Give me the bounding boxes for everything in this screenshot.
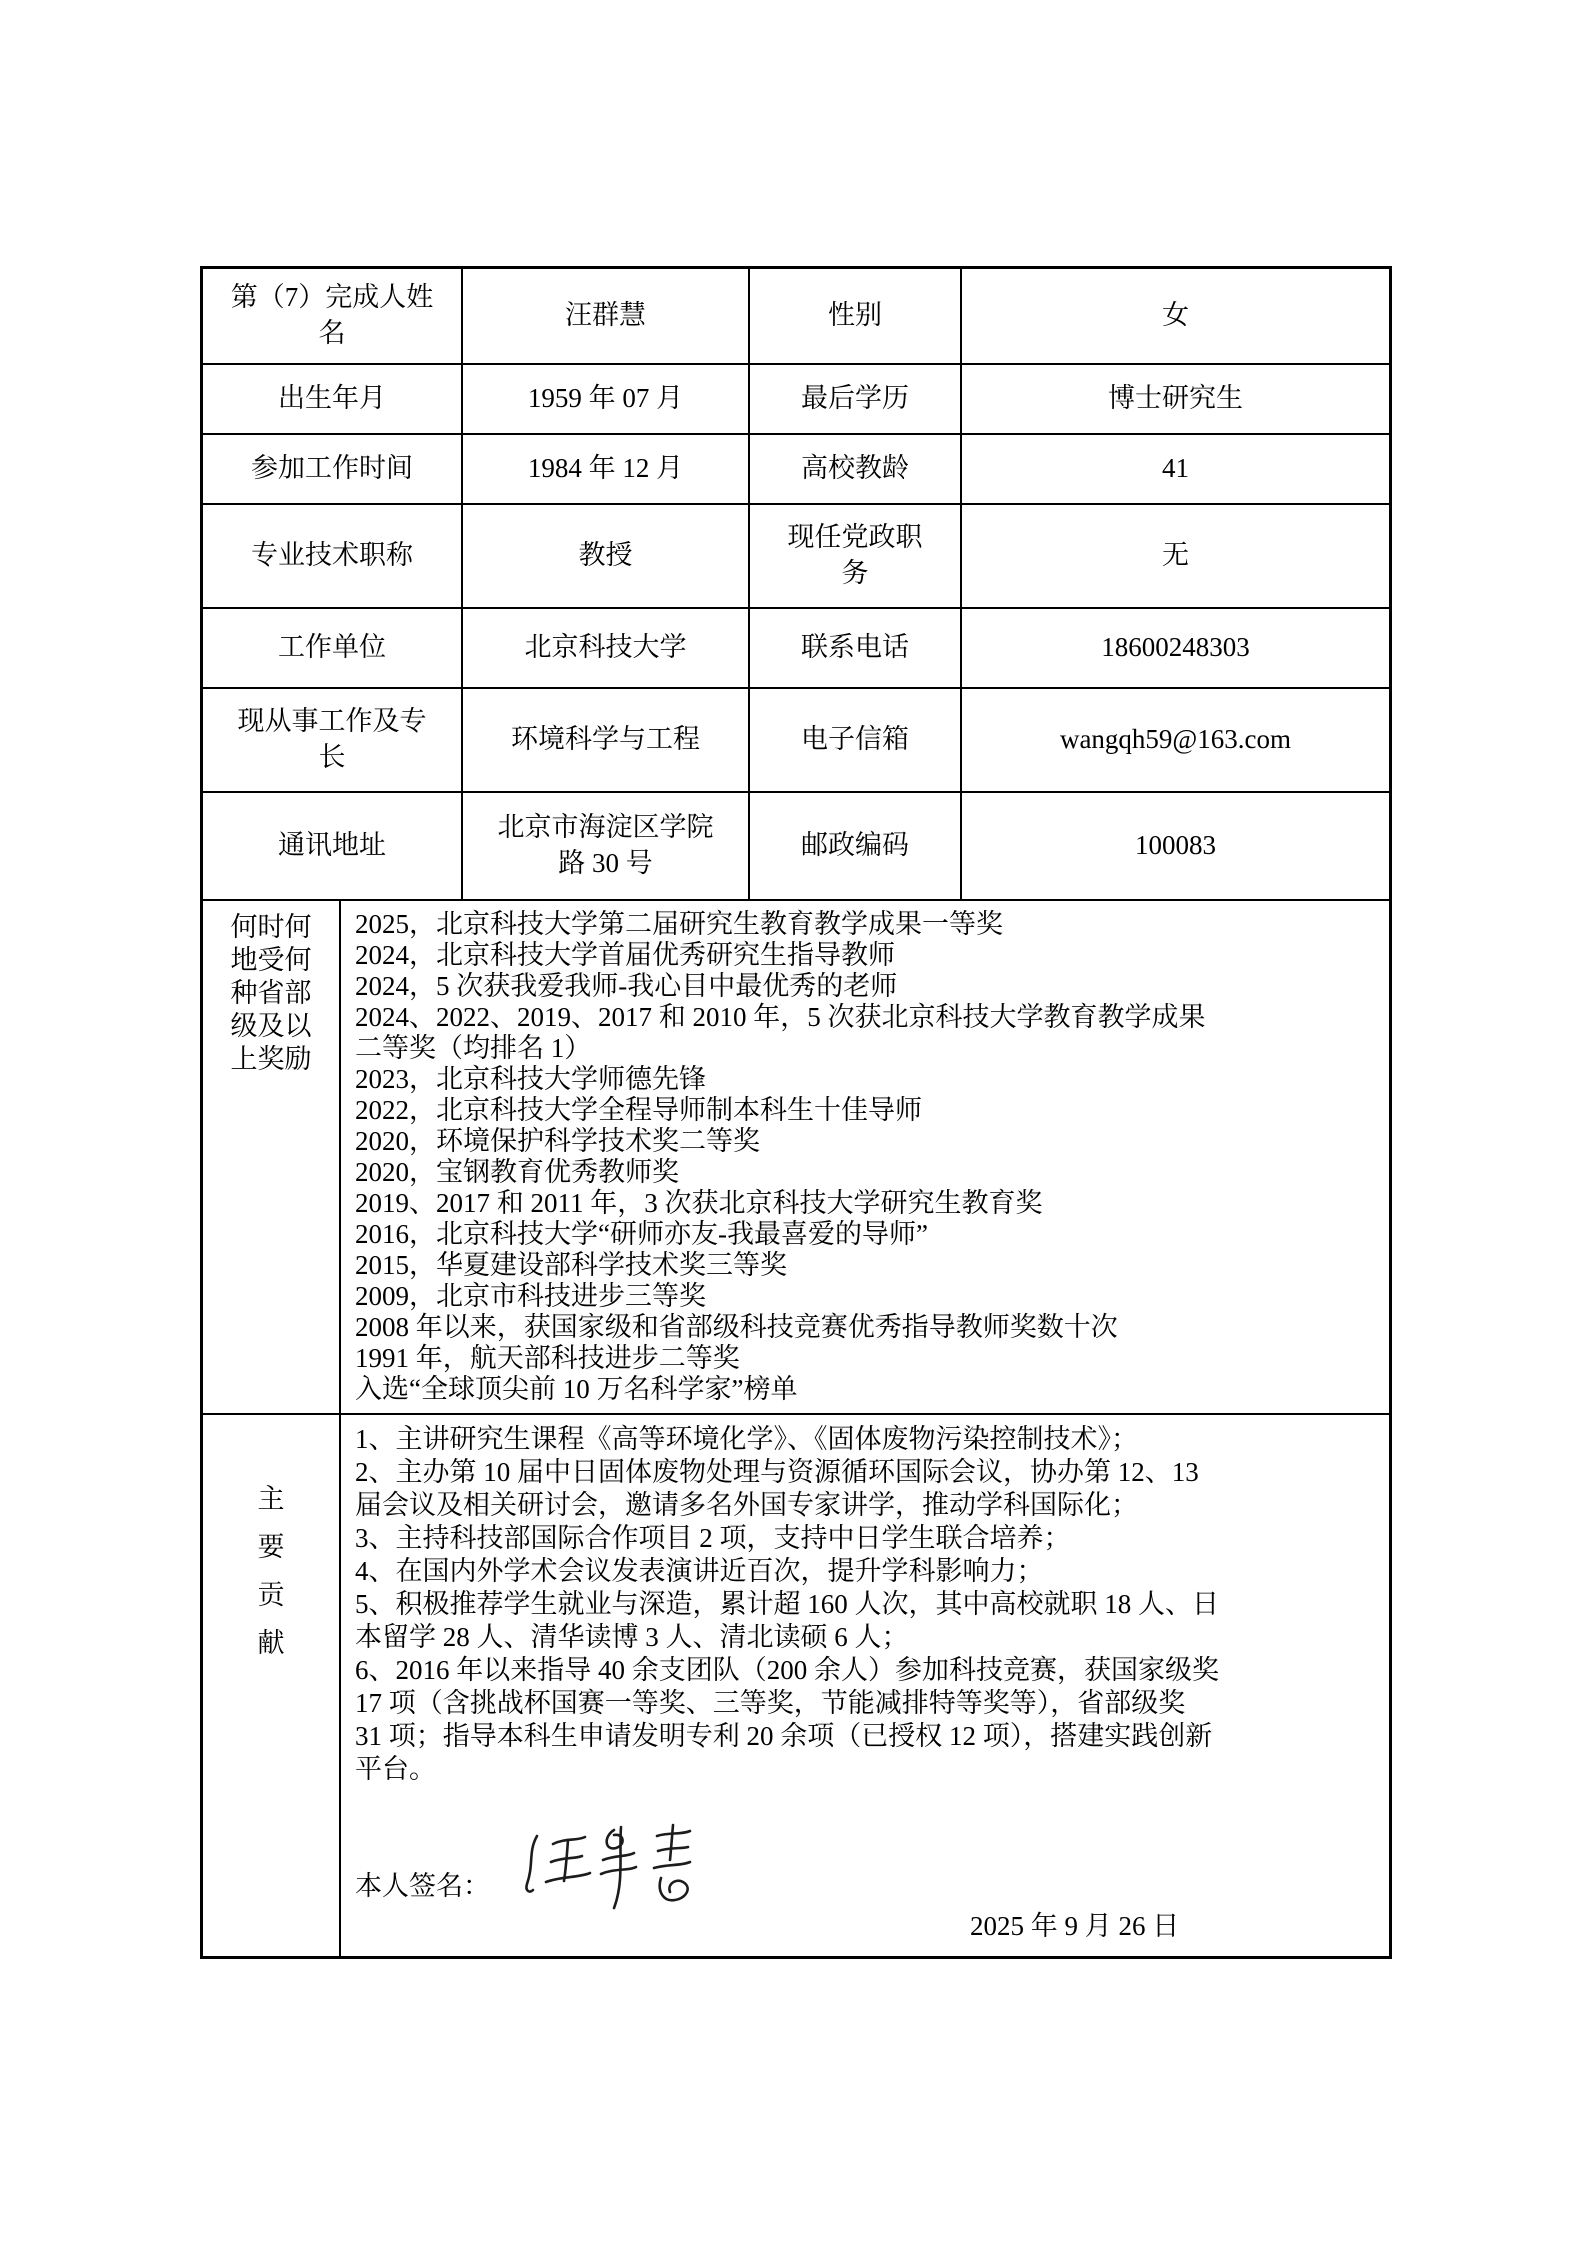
field-label: 专业技术职称	[203, 505, 463, 609]
field-value: 环境科学与工程	[463, 689, 750, 793]
field-value: 无	[962, 505, 1389, 609]
contribution-line: 5、积极推荐学生就业与深造，累计超 160 人次，其中高校就职 18 人、日	[355, 1588, 1377, 1621]
contribution-line: 本留学 28 人、清华读博 3 人、清北读硕 6 人；	[355, 1621, 1377, 1654]
field-value: 博士研究生	[962, 365, 1389, 435]
field-label: 现从事工作及专 长	[203, 689, 463, 793]
award-line: 2019、2017 和 2011 年，3 次获北京科技大学研究生教育奖	[355, 1188, 1377, 1219]
signature-label: 本人签名：	[355, 1866, 490, 1906]
field-label: 现任党政职 务	[750, 505, 962, 609]
field-value: 汪群慧	[463, 269, 750, 365]
award-line: 2020，环境保护科学技术奖二等奖	[355, 1126, 1377, 1157]
field-label: 工作单位	[203, 609, 463, 689]
contribution-line: 1、主讲研究生课程《高等环境化学》、《固体废物污染控制技术》；	[355, 1423, 1377, 1456]
signature-line: 本人签名：	[355, 1856, 1377, 1906]
field-label: 联系电话	[750, 609, 962, 689]
field-value: 1959 年 07 月	[463, 365, 750, 435]
contribution-line: 平台。	[355, 1753, 1377, 1786]
awards-list: 2025，北京科技大学第二届研究生教育教学成果一等奖 2024，北京科技大学首届…	[341, 901, 1389, 1415]
award-line: 2024，北京科技大学首届优秀研究生指导教师	[355, 940, 1377, 971]
signature-date: 2025 年 9 月 26 日	[970, 1906, 1377, 1950]
scanned-form-page: { "info_table": { "rows": [ {"label": "第…	[0, 0, 1587, 2245]
contribution-line: 2、主办第 10 届中日固体废物处理与资源循环国际会议，协办第 12、13	[355, 1456, 1377, 1489]
handwritten-signature-image	[515, 1810, 745, 1920]
award-line: 2016，北京科技大学“研师亦友-我最喜爱的导师”	[355, 1219, 1377, 1250]
field-label: 出生年月	[203, 365, 463, 435]
award-line: 2022，北京科技大学全程导师制本科生十佳导师	[355, 1095, 1377, 1126]
contribution-line: 届会议及相关研讨会，邀请多名外国专家讲学，推动学科国际化；	[355, 1489, 1377, 1522]
completer-info-table: 第（7）完成人姓 名 汪群慧 性别 女 出生年月 1959 年 07 月 最后学…	[200, 266, 1392, 1959]
award-line: 2015，华夏建设部科学技术奖三等奖	[355, 1250, 1377, 1281]
field-label: 高校教龄	[750, 435, 962, 505]
field-value: 100083	[962, 793, 1389, 901]
field-label: 性别	[750, 269, 962, 365]
field-value: wangqh59@163.com	[962, 689, 1389, 793]
award-line: 入选“全球顶尖前 10 万名科学家”榜单	[355, 1374, 1377, 1405]
awards-label: 何时何 地受何 种省部 级及以 上奖励	[203, 901, 341, 1415]
contribution-line: 4、在国内外学术会议发表演讲近百次，提升学科影响力；	[355, 1555, 1377, 1588]
awards-section: 何时何 地受何 种省部 级及以 上奖励 2025，北京科技大学第二届研究生教育教…	[203, 901, 1389, 1415]
field-value: 18600248303	[962, 609, 1389, 689]
field-label: 最后学历	[750, 365, 962, 435]
contribution-line: 31 项；指导本科生申请发明专利 20 余项（已授权 12 项），搭建实践创新	[355, 1720, 1377, 1753]
award-line: 二等奖（均排名 1）	[355, 1033, 1377, 1064]
award-line: 2020，宝钢教育优秀教师奖	[355, 1157, 1377, 1188]
award-line: 2008 年以来，获国家级和省部级科技竞赛优秀指导教师奖数十次	[355, 1312, 1377, 1343]
field-value: 北京科技大学	[463, 609, 750, 689]
contribution-line: 6、2016 年以来指导 40 余支团队（200 余人）参加科技竞赛，获国家级奖	[355, 1654, 1377, 1687]
award-line: 2024、2022、2019、2017 和 2010 年，5 次获北京科技大学教…	[355, 1002, 1377, 1033]
field-label: 参加工作时间	[203, 435, 463, 505]
field-value: 41	[962, 435, 1389, 505]
contribution-line: 17 项（含挑战杯国赛一等奖、三等奖，节能减排特等奖等），省部级奖	[355, 1687, 1377, 1720]
basic-info-grid: 第（7）完成人姓 名 汪群慧 性别 女 出生年月 1959 年 07 月 最后学…	[203, 269, 1389, 901]
field-label: 第（7）完成人姓 名	[203, 269, 463, 365]
award-line: 2025，北京科技大学第二届研究生教育教学成果一等奖	[355, 909, 1377, 940]
award-line: 2023，北京科技大学师德先锋	[355, 1064, 1377, 1095]
field-value: 1984 年 12 月	[463, 435, 750, 505]
contribution-line: 3、主持科技部国际合作项目 2 项，支持中日学生联合培养；	[355, 1522, 1377, 1555]
contributions-section: 主 要 贡 献 1、主讲研究生课程《高等环境化学》、《固体废物污染控制技术》； …	[203, 1415, 1389, 1956]
contributions-label: 主 要 贡 献	[203, 1415, 341, 1956]
field-label: 邮政编码	[750, 793, 962, 901]
award-line: 2009，北京市科技进步三等奖	[355, 1281, 1377, 1312]
field-label: 通讯地址	[203, 793, 463, 901]
field-value: 北京市海淀区学院 路 30 号	[463, 793, 750, 901]
contributions-list: 1、主讲研究生课程《高等环境化学》、《固体废物污染控制技术》； 2、主办第 10…	[341, 1415, 1389, 1956]
award-line: 2024，5 次获我爱我师-我心目中最优秀的老师	[355, 971, 1377, 1002]
field-label: 电子信箱	[750, 689, 962, 793]
award-line: 1991 年，航天部科技进步二等奖	[355, 1343, 1377, 1374]
field-value: 教授	[463, 505, 750, 609]
field-value: 女	[962, 269, 1389, 365]
